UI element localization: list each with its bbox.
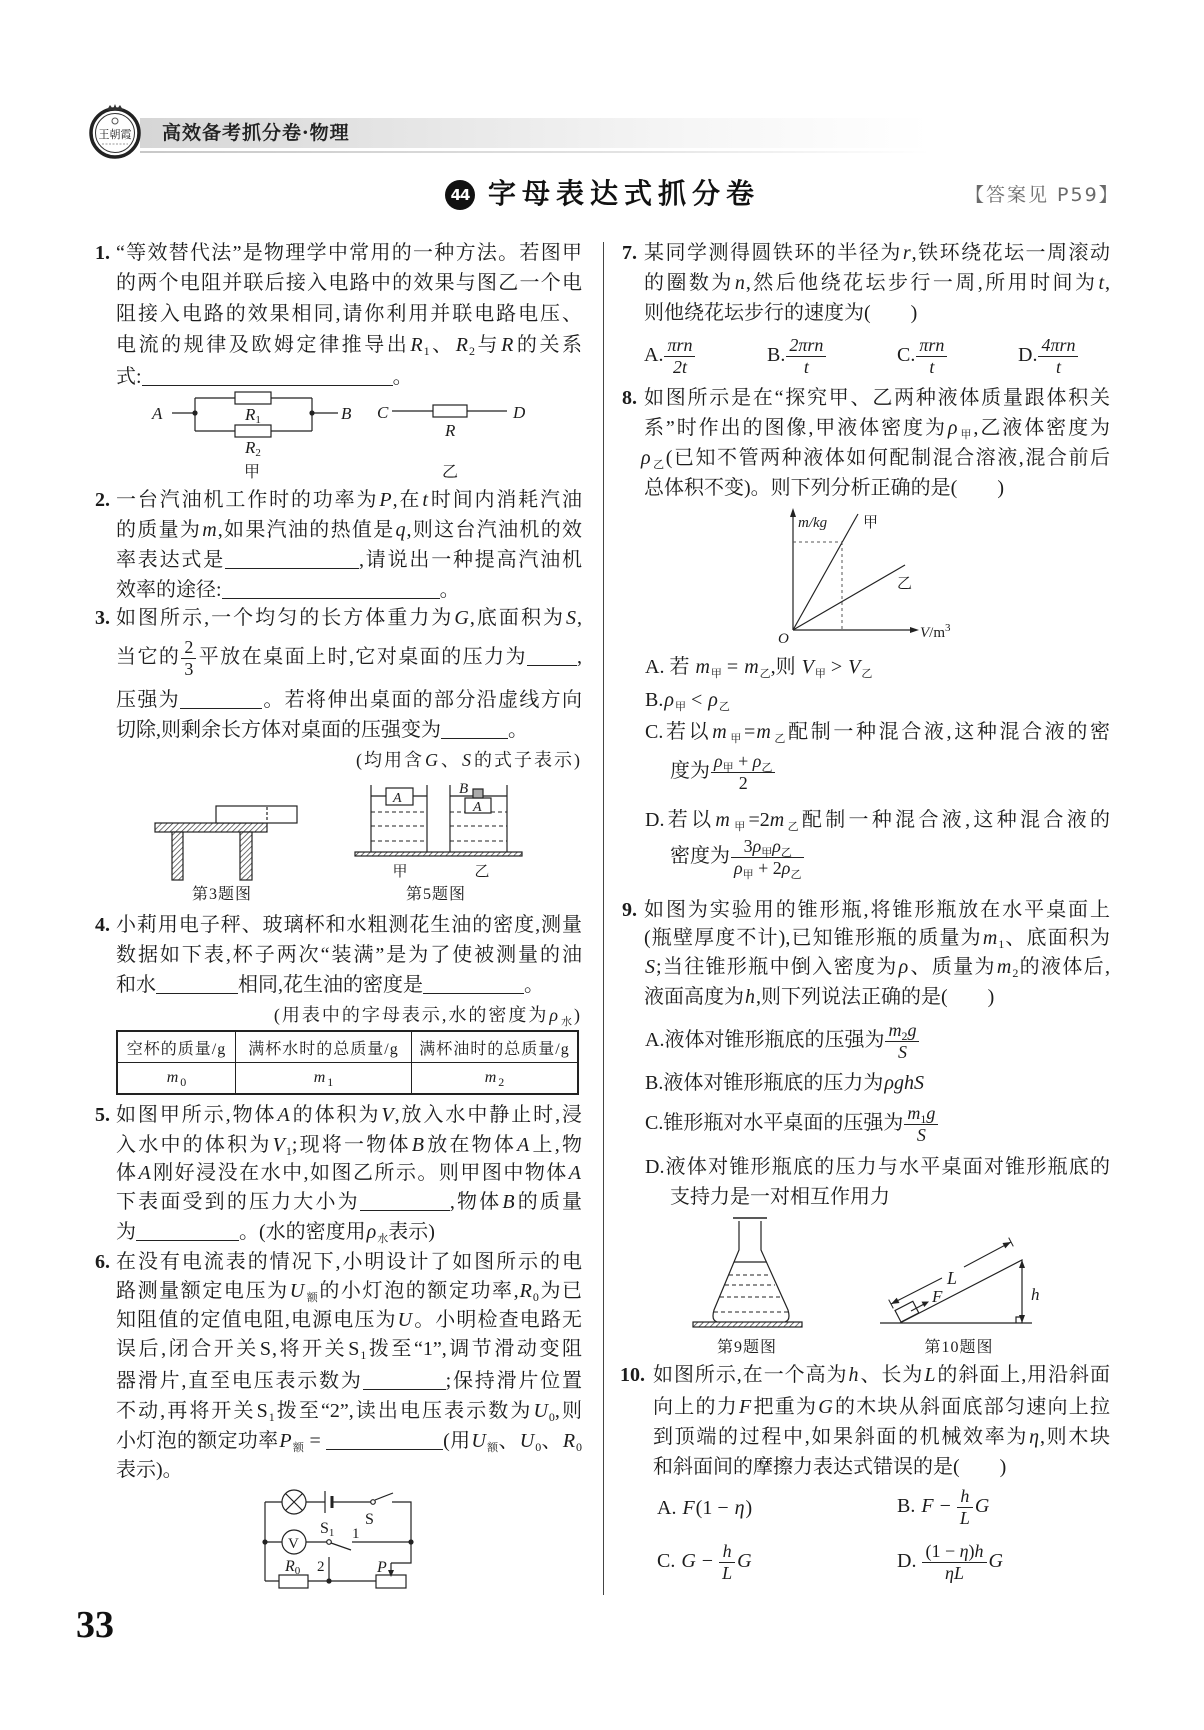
text-run: 拨至“1”,调节滑动变阻 [366,1338,582,1360]
math-variable: V [273,1134,285,1156]
math-variable: n [735,272,745,294]
logo-text: 王朝霞 [99,127,132,141]
math-variable: m [983,927,997,949]
math-variable: L [924,1364,935,1386]
question-text-line: 在没有电流表的情况下,小明设计了如图所示的电 [116,1247,582,1277]
text-run: (1 − [696,1497,734,1519]
text-run: ,则木块 [1040,1426,1110,1448]
text-run: 的质量为 [116,519,201,541]
text-run: ) [574,1005,582,1025]
terminal-label: D [512,403,526,422]
switch-symbol: S [260,1338,271,1360]
q6-circuit-figure: V S S1 1 2 R0 P [262,1490,413,1588]
text-run: 如图甲所示,物体 [116,1104,276,1126]
choice-option-a: A. F(1 − η) [657,1493,752,1523]
text-run: 。 [524,974,544,996]
math-variable: η [945,1563,954,1583]
math-variable: g [907,1020,916,1040]
question-text-line: “等效替代法”是物理学中常用的一种方法。若图甲 [116,238,582,268]
resistor-r0-icon [279,1575,308,1588]
text-run: 。 [440,579,460,601]
publisher-logo: 王朝霞 [88,102,144,160]
line-yi [793,565,905,630]
question-text-line: 小莉用电子秤、玻璃杯和水粗测花生油的密度,测量 [116,910,582,940]
arrow-right-icon [910,627,919,633]
question-text-line: 液面高度为h,则下列说法正确的是( ) [644,982,994,1012]
question-text-line: 为。(水的密度用ρ水表示) [116,1217,435,1247]
math-variable: A [517,1134,529,1156]
y-axis-label: m/kg [798,515,828,531]
text-run: (均用含 [356,750,424,770]
subscript: 甲 [815,668,826,680]
question-text-line: 一台汽油机工作时的功率为P,在t时间内消耗汽油 [116,485,582,515]
question-number: 10. [620,1360,645,1390]
text-run: 不动,再将开关 [116,1400,256,1422]
math-variable: G [425,750,440,770]
text-run: 时间内消耗汽油 [429,489,582,511]
figure-label: 乙 [474,864,489,880]
text-run: 若 [669,656,689,678]
math-variable: R [410,334,422,356]
subscript: 甲 [711,668,722,680]
question-text-line: (瓶壁厚度不计),已知锥形瓶的质量为m1、底面积为 [644,923,1110,953]
question-text-line: S;当往锥形瓶中倒入密度为ρ、质量为m2的液体后, [644,952,1110,982]
block-label: A [472,800,482,815]
fraction-numerator: 2 [181,637,196,659]
question-text-line: 的质量为m,如果汽油的热值是q,则这台汽油机的效 [116,515,582,545]
text-run: 液体对锥形瓶底的压强为 [664,1029,884,1051]
fraction-numerator: πrn [916,335,947,357]
subscript: 2 [498,1075,505,1089]
math-variable: P [379,489,391,511]
subscript: 甲 [731,821,749,833]
operator: = [749,809,760,831]
q10-incline-figure: L F h [880,1238,1040,1323]
terminal-label: A [151,404,163,423]
figure-label: 甲 [392,863,407,880]
fraction-numerator: 4πrn [1038,335,1078,357]
text-run: ,则下列说法正确的是( ) [756,986,994,1008]
coefficient: 2 [760,809,770,831]
length-label: L [946,1268,957,1288]
subscript: 0 [576,1440,582,1454]
question-text-line: 表示)。 [116,1455,183,1485]
math-variable: G [975,1495,989,1517]
text-run: ,底面积为 [470,607,565,629]
fraction-denominator: t [916,357,947,378]
figure-caption: 第3题图 [167,885,277,905]
operator: > [831,656,842,678]
text-run: (用 [443,1430,470,1452]
height-label: h [1031,1285,1040,1304]
figure-caption: 第5题图 [381,885,491,905]
question-text-line: 式:。 [116,362,413,392]
measurement-table: 空杯的质量/g 满杯水时的总质量/g 满杯油时的总质量/g m0 m1 m2 [116,1030,579,1095]
subscript: 甲 [723,762,734,774]
math-variable: S [566,607,576,629]
math-variable: A [138,1162,150,1184]
text-run: 、 [441,750,461,770]
resistor-label: R [444,421,456,440]
text-run: ) [746,1497,753,1519]
math-variable: R [520,1280,532,1302]
option-label: D. [645,1156,664,1178]
text-run: 与 [475,334,500,356]
math-variable: ρ [549,1005,560,1025]
math-expression: ρghS [884,1072,924,1094]
choice-option-a: A. 若 m甲 = m乙,则 V甲 > V乙 [645,652,872,682]
math-variable: m [695,656,709,678]
math-variable: ρ [772,836,781,856]
ground-icon [355,852,522,856]
text-run: 液面高度为 [644,986,744,1008]
question-text-line: 当它的23平放在桌面上时,它对桌面的压力为, [116,637,582,680]
text-run: 表示) [388,1221,435,1243]
math-variable: ρ [714,751,723,771]
fraction-denominator: L [719,1563,735,1584]
text-run: 拨至“2”,读出电压表示数为 [275,1400,533,1422]
answer-blank [363,1388,446,1390]
force-arrow-icon [922,1302,930,1308]
subscript: 乙 [772,733,788,745]
text-run: 、质量为 [909,956,996,978]
text-run: 、 [430,334,455,356]
slider-label: P [376,1559,387,1576]
math-variable: V [381,1104,393,1126]
subscript: 水 [377,1233,388,1245]
fraction: 4πrnt [1038,335,1078,378]
line-jia [793,514,858,630]
text-run: 度为 [670,760,710,782]
text-run: 小灯泡的额定功率 [116,1430,278,1452]
fraction-denominator: L [957,1508,973,1529]
subscript: 0 [180,1075,187,1089]
series-label: 甲 [863,514,878,531]
tabletop-icon [155,823,267,832]
table-cell: m0 [117,1063,236,1095]
graph-axes [793,513,914,630]
answer-blank [156,992,238,994]
answer-blank [136,1239,239,1241]
choice-option-b: B. F − hLG [897,1486,990,1529]
origin-label: O [778,631,789,647]
fraction-numerator: 3ρ甲ρ乙 [731,836,804,858]
math-variable: U [471,1430,485,1452]
text-run: 的体积为 [291,1104,381,1126]
text-run: ,则这台汽油机的效 [407,519,583,541]
choice-option-d-continued: 支持力是一对相互作用力 [670,1182,890,1212]
text-run: 为 [116,1221,136,1243]
subscript: 乙 [790,869,801,881]
fraction: (1 − η)hηL [922,1541,986,1584]
fraction-denominator: 2t [664,357,695,378]
option-label: C. [897,344,915,366]
math-variable: R [563,1430,575,1452]
math-variable: U [290,1280,304,1302]
text-run: , [577,646,582,668]
question-text-line: 如图甲所示,物体A的体积为V,放入水中静止时,浸 [116,1100,582,1130]
math-variable: m [202,519,216,541]
fraction-numerator: h [957,1486,973,1508]
contact-label: 1 [352,1526,360,1542]
series-label: 乙 [897,576,912,592]
question-text-line: 体A刚好浸没在水中,如图乙所示。则甲图中物体A [116,1158,582,1188]
text-run: 器滑片,直至电压表示数为 [116,1370,363,1392]
figure-caption: 第9题图 [692,1338,802,1358]
math-variable: S [645,956,655,978]
question-text-line: 路测量额定电压为U额的小灯泡的额定功率,R0为已 [116,1276,582,1306]
text-run: ;当往锥形瓶中倒入密度为 [656,956,898,978]
text-run: 、 [498,1430,518,1452]
x-axis-label: V/m3 [920,622,951,641]
math-variable: m [756,721,770,743]
subscript: 乙 [760,668,771,680]
question-number: 7. [622,238,637,268]
question-text-line: 如图为实验用的锥形瓶,将锥形瓶放在水平桌面上 [644,895,1110,925]
fraction: 3ρ甲ρ乙ρ甲 + 2ρ乙 [731,836,804,879]
text-run: 放在物体 [425,1134,516,1156]
switch-symbol: S [348,1338,359,1360]
text-run: 体 [116,1162,137,1184]
block-a-icon [465,798,491,813]
text-run: ,则 [555,1400,582,1422]
math-variable: q [396,519,406,541]
text-run: 把重为 [752,1396,817,1418]
question-text-line: 和水相同,花生油的密度是。 [116,970,544,1000]
text-run: 的液体后, [1018,956,1110,978]
question-text-line: 的两个电阻并联后接入电路中的效果与图乙一个电 [116,268,582,298]
text-run: ,将开关 [272,1338,347,1360]
table-cell: m2 [412,1063,579,1095]
text-run: 系”时作出的图像,甲液体密度为 [644,417,947,439]
math-variable: S [462,750,473,770]
text-run: ,铁环绕花坛一周滚动 [912,242,1110,264]
question-text-line: 入水中的体积为V1;现将一物体B放在物体A上,物 [116,1130,582,1160]
question-number: 4. [95,910,110,940]
option-label: D. [1018,344,1037,366]
option-label: C. [645,1112,663,1134]
question-text-line: 切除,则剩余长方体对桌面的压强变为。 [116,715,528,745]
question-number: 6. [95,1247,110,1277]
resistor-label: R0 [284,1558,301,1577]
math-variable: m [712,721,726,743]
table-header-cell: 空杯的质量/g [117,1031,236,1063]
math-variable: ρ [641,447,651,469]
subscript: 水 [561,1016,574,1028]
text-run: 若以 [663,721,711,743]
question-number: 5. [95,1100,110,1130]
text-run: 入水中的体积为 [116,1134,272,1156]
math-variable: U [533,1400,547,1422]
question-text-line: 系”时作出的图像,甲液体密度为ρ甲,乙液体密度为 [644,413,1110,443]
operator: = [727,656,738,678]
fraction: m1gS [904,1103,938,1146]
choice-option-b: B.液体对锥形瓶底的压力为ρghS [645,1068,925,1098]
fraction-denominator: ηL [922,1563,986,1584]
q9-conical-flask-figure [693,1218,802,1327]
math-variable: r [903,242,911,264]
math-variable: m [770,809,784,831]
fraction: ρ甲 + ρ乙2 [711,751,775,794]
text-run: , [1105,272,1110,294]
voltmeter-label: V [288,1536,299,1552]
math-variable: t [422,489,428,511]
rheostat-icon [376,1575,406,1588]
operator: + [758,858,768,878]
force-label: F [931,1287,943,1306]
page-title: 字母表达式抓分卷 [488,177,760,211]
answer-blank [225,567,359,569]
switch-s-icon [375,1493,393,1500]
question-text-line: 不动,再将开关S1拨至“2”,读出电压表示数为U0,则 [116,1396,582,1426]
text-run: 为已 [539,1280,582,1302]
fraction-denominator: S [885,1042,919,1063]
answer-blank [180,707,262,709]
operator: = [744,721,755,743]
math-variable: F [682,1497,694,1519]
choice-option-c-continued: 度为ρ甲 + ρ乙2 [670,751,776,794]
text-run: 的关系 [514,334,582,356]
text-run: 、 [541,1430,562,1452]
math-variable: ρ [734,858,743,878]
option-label: D. [645,809,664,831]
flask-icon [713,1221,789,1322]
math-variable: G [454,607,468,629]
text-run: 的斜面上,用沿斜面 [936,1364,1110,1386]
fraction-denominator: 2 [711,773,775,794]
subscript: 1 [327,1075,334,1089]
resistor-r-icon [433,405,467,417]
text-run: ;保持滑片位置 [446,1370,582,1392]
text-run: 密度为 [670,845,730,867]
choice-option-d-continued: 密度为3ρ甲ρ乙ρ甲 + 2ρ乙 [670,836,805,879]
question-text-line: 总体积不变)。则下列分析正确的是( ) [644,473,1004,503]
fraction-numerator: m1g [904,1103,938,1125]
text-run: 和水 [116,974,156,996]
fraction-numerator: πrn [664,335,695,357]
math-variable: F [739,1396,751,1418]
wooden-block-icon [895,1301,919,1322]
math-variable: ρ [899,956,909,978]
text-run: ;现将一物体 [292,1134,411,1156]
fraction-denominator: 3 [181,659,196,680]
fraction: 2πrnt [786,335,826,378]
answer-blank [527,664,577,666]
column-divider [603,242,604,1595]
text-run: 的木块从斜面底部匀速向上拉 [834,1396,1110,1418]
answer-blank [360,1209,450,1211]
fraction: m2gS [885,1020,919,1063]
math-variable: η [1029,1426,1039,1448]
figure-label: 甲 [244,463,260,481]
table-header-cell: 满杯水时的总质量/g [236,1031,412,1063]
option-label: B. [897,1495,915,1517]
text-run: 如图所示,一个均匀的长方体重力为 [116,607,453,629]
fraction-numerator: h [719,1541,735,1563]
math-variable: L [954,1563,964,1583]
series-title: 高效备考抓分卷·物理 [162,118,350,148]
math-variable: V [802,656,814,678]
math-variable: h [975,1541,984,1561]
subscript: 甲 [675,701,686,713]
math-variable: G [737,1550,751,1572]
text-run: 。小明检查电路无 [413,1309,582,1331]
question-number: 2. [95,485,110,515]
exam-page: 王朝霞 高效备考抓分卷·物理 44 字母表达式抓分卷 【答案见 P59】 1. … [0,0,1204,1730]
subscript: 甲 [728,733,744,745]
question-number: 3. [95,603,110,633]
math-variable: η [735,1497,745,1519]
math-variable: V [848,656,860,678]
math-variable: ρ [753,836,762,856]
text-run: 。若将伸出桌面的部分沿虚线方向 [262,689,582,711]
block-label: B [459,781,468,797]
text-run: 的质量 [516,1191,583,1213]
terminal-label: B [341,404,352,423]
question-text-line: 如图所示是在“探究甲、乙两种液体质量跟体积关 [644,383,1110,413]
table-header-row: 空杯的质量/g 满杯水时的总质量/g 满杯油时的总质量/g [117,1031,578,1063]
table-row: m0 m1 m2 [117,1063,578,1095]
choice-option-c: C. G − hLG [657,1541,753,1584]
ground-icon [693,1322,802,1327]
math-variable: A [569,1162,581,1184]
text-run: 配制一种混合液,这种混合液的 [802,809,1110,831]
voltmeter-icon [282,1530,306,1554]
question-text-line: 如图所示,一个均匀的长方体重力为G,底面积为S, [116,603,582,633]
text-run: 。 [508,719,528,741]
text-run: 电流的规律及欧姆定律推导出 [116,334,409,356]
text-run: 的圈数为 [644,272,734,294]
figure-caption: 第10题图 [904,1338,1014,1358]
resistor-label: R2 [244,438,261,459]
choice-option-d: D.4πrnt [1018,335,1079,378]
fraction: 23 [181,637,196,680]
math-variable: P [279,1430,291,1452]
q1-single-resistor-figure: C D R 乙 [377,403,526,481]
text-run: 锥形瓶对水平桌面的压强为 [663,1112,903,1134]
text-run: 当它的 [116,646,180,668]
question-text-line: 器滑片,直至电压表示数为;保持滑片位置 [116,1366,582,1396]
math-variable: h [745,986,755,1008]
subscript: 乙 [861,668,872,680]
option-label: D. [897,1550,916,1572]
text-run: 配制一种混合液,这种混合液的密 [788,721,1110,743]
text-run: 相同,花生油的密度是 [238,974,423,996]
text-run: 率表达式是 [116,549,225,571]
text-run: 切除,则剩余长方体对桌面的压强变为 [116,719,441,741]
subscript: 乙 [719,701,730,713]
text-run: 向上的力 [653,1396,738,1418]
choice-option-b: B.ρ甲 < ρ乙 [645,685,730,715]
math-variable: G [681,1550,695,1572]
answer-blank [326,1448,443,1450]
operator: − [697,1550,718,1572]
junction-dot-icon [192,410,197,415]
text-run: 、长为 [860,1364,924,1386]
fraction-denominator: S [904,1125,938,1146]
fraction-denominator: t [786,357,826,378]
question-text-line: 下表面受到的压力大小为,物体B的质量 [116,1187,582,1217]
table-leg-icon [240,832,252,880]
question-number: 9. [622,895,637,925]
q3-table-block-figure [155,806,297,880]
text-run: 误后,闭合开关 [116,1338,259,1360]
subscript: 甲 [743,869,754,881]
fraction-denominator: ρ甲 + 2ρ乙 [731,858,804,879]
text-run: 液体对锥形瓶底的压力与水平桌面对锥形瓶底的 [664,1156,1110,1178]
text-run: (1 − [925,1541,959,1561]
text-run: ,放入水中静止时,浸 [395,1104,582,1126]
